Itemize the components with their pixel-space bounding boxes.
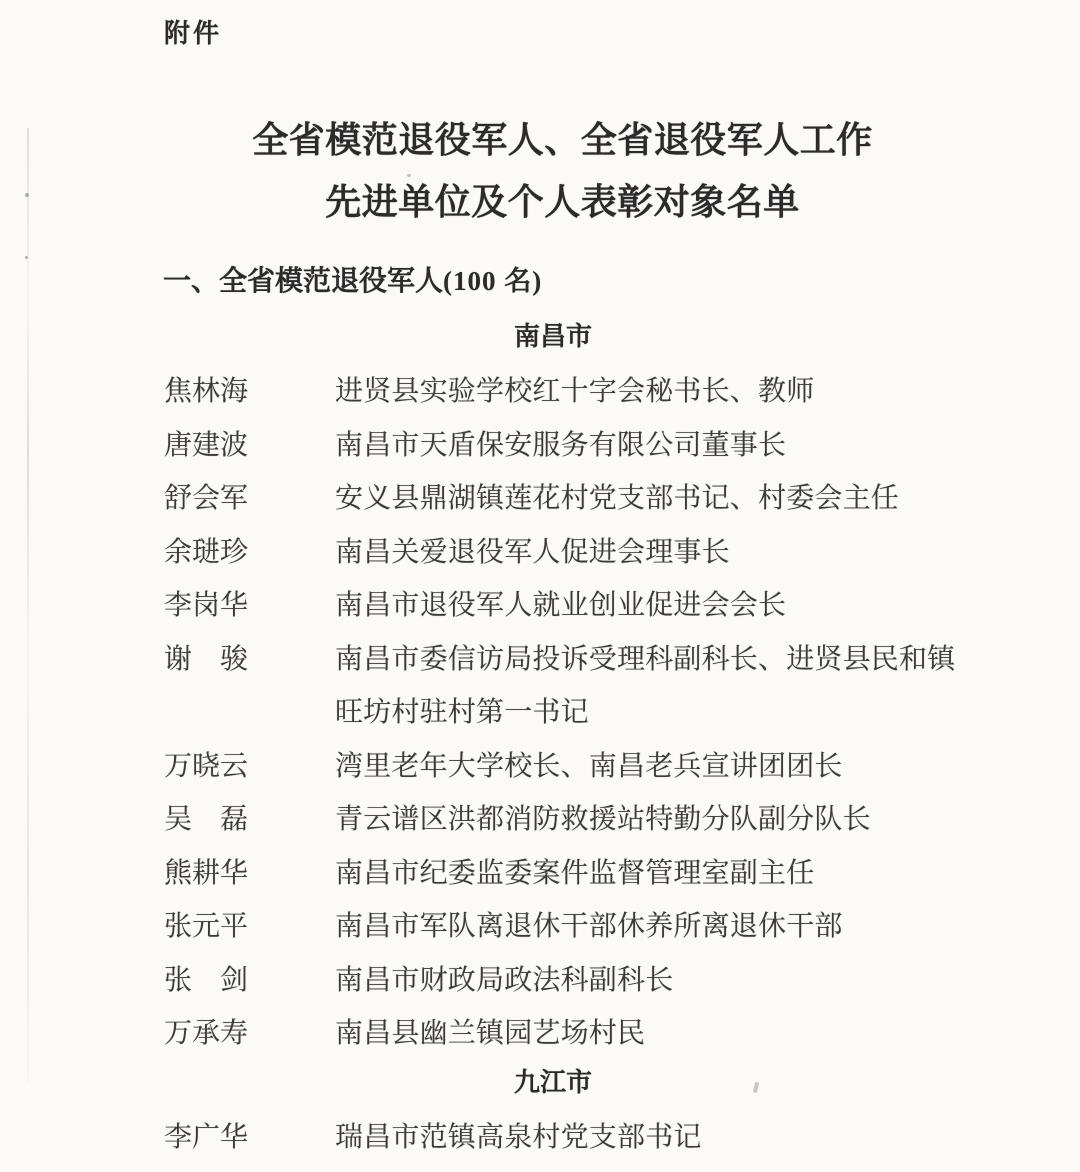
person-name: 李岗华 (164, 591, 248, 620)
list-row: 张元平 南昌市军队离退休干部休养所离退休干部 (0, 912, 1080, 942)
title-line-1: 全省模范退役军人、全省退役军人工作 (165, 109, 960, 171)
title-line-2: 先进单位及个人表彰对象名单 (165, 171, 960, 233)
person-name: 张 剑 (164, 966, 248, 995)
person-name: 谢 骏 (164, 645, 248, 674)
person-name: 张元平 (164, 912, 248, 941)
list-row: 万晓云 湾里老年大学校长、南昌老兵宣讲团团长 (0, 752, 1080, 782)
attachment-label: 附件 (164, 20, 222, 46)
person-title: 南昌县幽兰镇园艺场村民 (335, 1019, 645, 1048)
person-title: 南昌关爱退役军人促进会理事长 (335, 538, 730, 567)
person-name: 焦林海 (164, 377, 248, 406)
person-title: 南昌市纪委监委案件监督管理室副主任 (335, 859, 814, 888)
person-name: 唐建波 (164, 431, 248, 460)
city-heading: 南昌市 (164, 322, 942, 350)
person-title-continued: 旺坊村驻村第一书记 (335, 698, 589, 727)
person-title: 安义县鼎湖镇莲花村党支部书记、村委会主任 (335, 484, 899, 513)
person-title: 湾里老年大学校长、南昌老兵宣讲团团长 (335, 752, 843, 781)
section-heading-count: (100 名) (443, 266, 542, 296)
person-title: 南昌市天盾保安服务有限公司董事长 (335, 431, 786, 460)
person-name: 熊耕华 (164, 859, 248, 888)
list-row: 焦林海 进贤县实验学校红十字会秘书长、教师 (0, 377, 1080, 407)
section-heading-label: 一、全省模范退役军人 (163, 265, 443, 296)
person-name: 余琎珍 (164, 538, 248, 567)
person-name: 李广华 (164, 1123, 248, 1152)
city-heading: 九江市 (164, 1068, 942, 1096)
list-row: 谢 骏 南昌市委信访局投诉受理科副科长、进贤县民和镇 (0, 645, 1080, 675)
scan-speck (25, 256, 28, 259)
list-row-continuation: 旺坊村驻村第一书记 (0, 698, 1080, 728)
person-title: 南昌市军队离退休干部休养所离退休干部 (335, 912, 843, 941)
list-row: 张 剑 南昌市财政局政法科副科长 (0, 966, 1080, 996)
person-name: 吴 磊 (164, 805, 248, 834)
person-name: 舒会军 (164, 484, 248, 513)
scan-speck (25, 193, 29, 197)
person-title: 南昌市退役军人就业创业促进会会长 (335, 591, 786, 620)
list-row: 舒会军 安义县鼎湖镇莲花村党支部书记、村委会主任 (0, 484, 1080, 514)
person-title: 进贤县实验学校红十字会秘书长、教师 (335, 377, 814, 406)
list-row: 李广华 瑞昌市范镇高泉村党支部书记 (0, 1123, 1080, 1153)
person-title: 青云谱区洪都消防救援站特勤分队副分队长 (335, 805, 871, 834)
list-row: 熊耕华 南昌市纪委监委案件监督管理室副主任 (0, 859, 1080, 889)
person-title: 南昌市财政局政法科副科长 (335, 966, 673, 995)
document-title: 全省模范退役军人、全省退役军人工作 先进单位及个人表彰对象名单 (165, 109, 960, 233)
person-title: 瑞昌市范镇高泉村党支部书记 (335, 1123, 702, 1152)
list-row: 万承寿 南昌县幽兰镇园艺场村民 (0, 1019, 1080, 1049)
list-row: 李岗华 南昌市退役军人就业创业促进会会长 (0, 591, 1080, 621)
page: 附件 全省模范退役军人、全省退役军人工作 先进单位及个人表彰对象名单 一、全省模… (0, 0, 1080, 1172)
person-name: 万晓云 (164, 752, 248, 781)
person-name: 万承寿 (164, 1019, 248, 1048)
list-row: 余琎珍 南昌关爱退役军人促进会理事长 (0, 538, 1080, 568)
list-row: 吴 磊 青云谱区洪都消防救援站特勤分队副分队长 (0, 805, 1080, 835)
section-heading: 一、全省模范退役军人(100 名) (163, 266, 542, 296)
person-title: 南昌市委信访局投诉受理科副科长、进贤县民和镇 (335, 645, 955, 674)
list-row: 唐建波 南昌市天盾保安服务有限公司董事长 (0, 431, 1080, 461)
